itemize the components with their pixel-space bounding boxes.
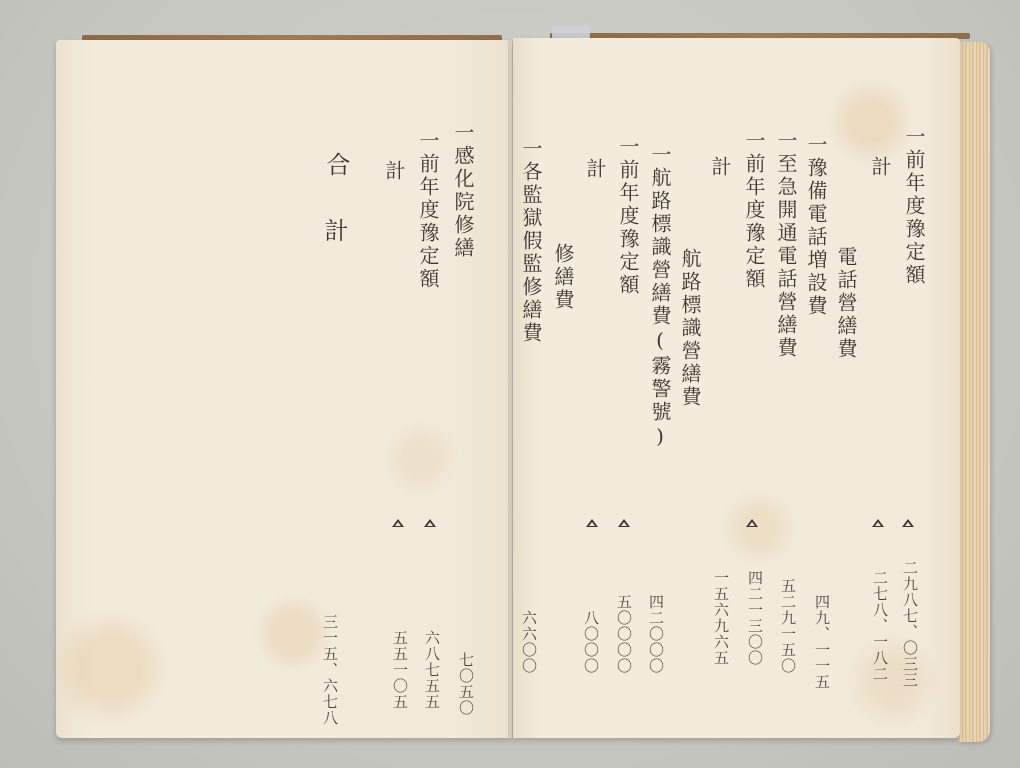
amount: 六六〇〇 bbox=[521, 610, 536, 674]
entry-navigation-marker-repair: 航路標識營繕費 bbox=[680, 248, 700, 409]
entry-spare-telephone-install: 一豫備電話増設費 bbox=[806, 134, 826, 318]
triangle-mark bbox=[586, 519, 598, 527]
amount: 五五一〇五 bbox=[392, 630, 407, 710]
amount-grand-total: 三一五、六七八 bbox=[322, 614, 337, 726]
amount: 一五六九六五 bbox=[713, 570, 728, 666]
right-page: 一前年度豫定額 計 電話營繕費 一豫備電話増設費 一至急開通電話營繕費 一前年度… bbox=[513, 38, 960, 738]
entry-prison-repair: 一各監獄假監修繕費 bbox=[521, 138, 541, 345]
entry-prev-year-estimate: 一前年度豫定額 bbox=[418, 130, 438, 291]
paper-tab-marker bbox=[552, 26, 590, 38]
page-edges-stack bbox=[958, 42, 990, 742]
amount: 五〇〇〇〇 bbox=[616, 594, 631, 674]
amount: 八〇〇〇 bbox=[583, 610, 598, 674]
amount: 四二一三〇〇 bbox=[747, 570, 762, 666]
entry-subtotal: 計 bbox=[384, 160, 404, 183]
entry-subtotal: 計 bbox=[585, 158, 605, 181]
entry-prev-year-estimate: 一前年度豫定額 bbox=[904, 126, 924, 287]
entry-prev-year-estimate: 一前年度豫定額 bbox=[618, 136, 638, 297]
amount: 四九、一一五 bbox=[814, 594, 829, 690]
entry-navigation-marker-fog-signal: 一航路標識營繕費(霧警號) bbox=[650, 144, 670, 451]
entry-repair-cost: 修繕費 bbox=[553, 243, 573, 312]
amount: 五二九一五〇 bbox=[780, 578, 795, 674]
amount: 二九八七、〇三三 bbox=[902, 560, 917, 688]
triangle-mark bbox=[902, 519, 914, 527]
triangle-mark bbox=[872, 519, 884, 527]
triangle-mark bbox=[746, 519, 758, 527]
entry-grand-total-2: 計 bbox=[322, 218, 346, 244]
entry-prev-year-estimate: 一前年度豫定額 bbox=[744, 130, 764, 291]
entry-reformatory-repair: 一感化院修繕 bbox=[453, 122, 473, 260]
entry-subtotal: 計 bbox=[710, 156, 730, 179]
triangle-mark bbox=[618, 519, 630, 527]
bleed-through-text bbox=[176, 120, 207, 328]
triangle-mark bbox=[424, 519, 436, 527]
amount: 七〇五〇 bbox=[458, 652, 473, 716]
left-page: 一感化院修繕 一前年度豫定額 計 合 計 七〇五〇 六八七五五 五五一〇五 三一… bbox=[56, 40, 512, 738]
amount: 四二〇〇〇 bbox=[648, 594, 663, 674]
amount: 二七八、一八二 bbox=[872, 570, 887, 682]
entry-subtotal: 計 bbox=[870, 156, 890, 179]
entry-telephone-repair: 電話營繕費 bbox=[836, 246, 856, 361]
triangle-mark bbox=[392, 519, 404, 527]
entry-grand-total-1: 合 bbox=[324, 152, 348, 178]
amount: 六八七五五 bbox=[424, 630, 439, 710]
entry-urgent-telephone-repair: 一至急開通電話營繕費 bbox=[776, 130, 796, 360]
